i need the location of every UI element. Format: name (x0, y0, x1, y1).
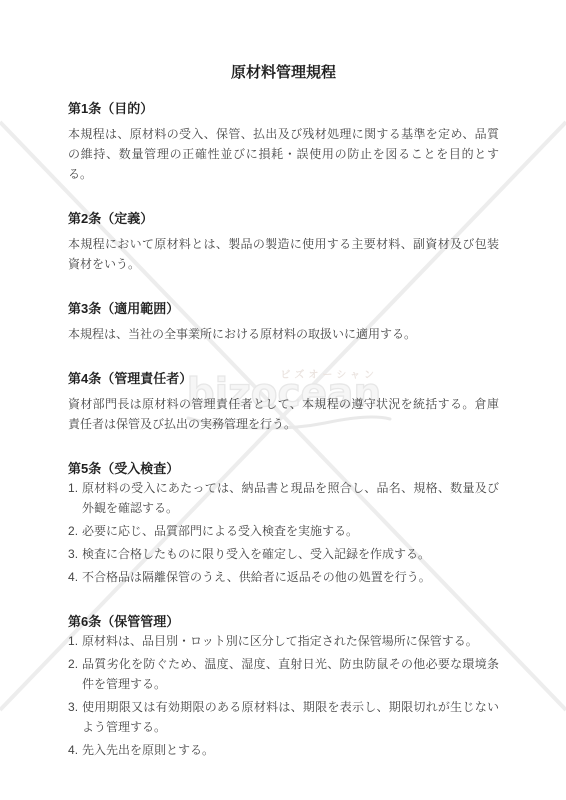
article-2-heading: 第2条（定義） (68, 210, 499, 228)
article-6-heading: 第6条（保管管理） (68, 613, 499, 631)
section-article-2: 第2条（定義） 本規程において原材料とは、製品の製造に使用する主要材料、副資材及… (68, 210, 499, 274)
document-page: 原材料管理規程 第1条（目的） 本規程は、原材料の受入、保管、払出及び残材処理に… (0, 0, 566, 760)
list-item: 不合格品は隔離保管のうえ、供給者に返品その他の処置を行う。 (68, 567, 499, 587)
section-article-5: 第5条（受入検査） 原材料の受入にあたっては、納品書と現品を照合し、品名、規格、… (68, 460, 499, 587)
list-item: 必要に応じ、品質部門による受入検査を実施する。 (68, 521, 499, 541)
section-article-1: 第1条（目的） 本規程は、原材料の受入、保管、払出及び残材処理に関する基準を定め… (68, 100, 499, 184)
article-1-body: 本規程は、原材料の受入、保管、払出及び残材処理に関する基準を定め、品質の維持、数… (68, 124, 499, 184)
list-item: 品質劣化を防ぐため、温度、湿度、直射日光、防虫防鼠その他必要な環境条件を管理する… (68, 654, 499, 694)
article-3-heading: 第3条（適用範囲） (68, 300, 499, 318)
article-5-heading: 第5条（受入検査） (68, 460, 499, 478)
list-item: 使用期限又は有効期限のある原材料は、期限を表示し、期限切れが生じないよう管理する… (68, 697, 499, 737)
article-6-list: 原材料は、品目別・ロット別に区分して指定された保管場所に保管する。 品質劣化を防… (68, 631, 499, 760)
article-4-heading: 第4条（管理責任者） (68, 370, 499, 388)
page-title: 原材料管理規程 (68, 62, 499, 84)
section-article-3: 第3条（適用範囲） 本規程は、当社の全事業所における原材料の取扱いに適用する。 (68, 300, 499, 344)
article-2-body: 本規程において原材料とは、製品の製造に使用する主要材料、副資材及び包装資材をいう… (68, 234, 499, 274)
article-4-body: 資材部門長は原材料の管理責任者として、本規程の遵守状況を統括する。倉庫責任者は保… (68, 394, 499, 434)
article-1-heading: 第1条（目的） (68, 100, 499, 118)
list-item: 原材料は、品目別・ロット別に区分して指定された保管場所に保管する。 (68, 631, 499, 651)
list-item: 先入先出を原則とする。 (68, 740, 499, 760)
article-5-list: 原材料の受入にあたっては、納品書と現品を照合し、品名、規格、数量及び外観を確認す… (68, 478, 499, 587)
section-article-4: 第4条（管理責任者） 資材部門長は原材料の管理責任者として、本規程の遵守状況を統… (68, 370, 499, 434)
section-article-6: 第6条（保管管理） 原材料は、品目別・ロット別に区分して指定された保管場所に保管… (68, 613, 499, 760)
article-3-body: 本規程は、当社の全事業所における原材料の取扱いに適用する。 (68, 324, 499, 344)
list-item: 原材料の受入にあたっては、納品書と現品を照合し、品名、規格、数量及び外観を確認す… (68, 478, 499, 518)
list-item: 検査に合格したものに限り受入を確定し、受入記録を作成する。 (68, 544, 499, 564)
